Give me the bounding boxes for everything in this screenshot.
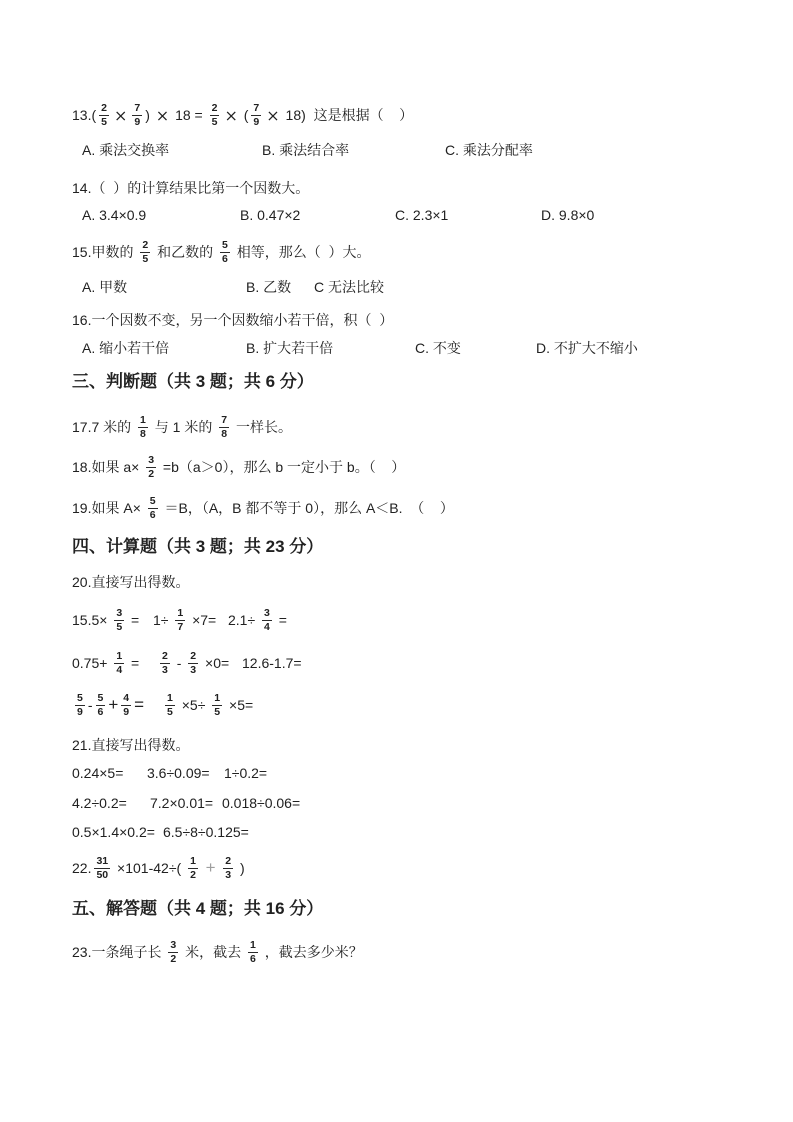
fraction-numerator: 1: [175, 608, 185, 621]
question-14: 14.（ ）的计算结果比第一个因数大。: [0, 178, 793, 198]
fraction-denominator: 4: [264, 621, 270, 633]
question-13-item-1: 13.(25×79) × 18 = 25× (79× 18) 这是根据（ ）: [72, 95, 413, 135]
question-14-options-item-2: B. 0.47×2: [240, 205, 300, 225]
text-run: 1÷: [153, 612, 172, 628]
text-run: 15.5×: [72, 612, 111, 628]
question-13-options-item-1: A. 乘法交换率: [82, 140, 169, 160]
text-run: 20.直接写出得数。: [72, 572, 189, 592]
section-heading-calc-item-1: 四、计算题（共 3 题；共 23 分）: [72, 531, 323, 557]
text-run: ×0=: [201, 655, 229, 671]
text-run: ×5=: [225, 697, 253, 713]
text-run: -: [88, 697, 93, 713]
text-run: =: [127, 655, 139, 671]
question-15-item-1: 15.甲数的 25 和乙数的 56 相等，那么（ ）大。: [72, 232, 371, 272]
fraction-numerator: 7: [251, 103, 261, 116]
question-19-item-1: 19.如果 A× 56 ＝B，（A，B 都不等于 0），那么 A＜B. （ ）: [72, 488, 454, 528]
question-22: 22.3150 ×101-42÷( 12 + 23 ): [0, 848, 793, 888]
text-run: B. 乙数: [246, 277, 291, 297]
section-heading-judge: 三、判断题（共 3 题；共 6 分）: [0, 366, 793, 392]
text-run: 14.（ ）的计算结果比第一个因数大。: [72, 178, 309, 198]
text-run: 和乙数的: [153, 242, 217, 262]
text-run: 23.一条绳子长: [72, 942, 165, 962]
text-run: 7.2×0.01=: [150, 795, 213, 811]
fraction-numerator: 4: [121, 693, 131, 706]
fraction-denominator: 3: [225, 869, 231, 881]
fraction-denominator: 9: [77, 706, 83, 718]
section-heading-solve-item-1: 五、解答题（共 4 题；共 16 分）: [72, 893, 323, 919]
text-run: ，截去多少米？: [261, 942, 363, 962]
fraction-denominator: 6: [222, 253, 228, 265]
question-22-item-1: 22.3150 ×101-42÷( 12 + 23 ): [72, 848, 245, 888]
section-heading-calc: 四、计算题（共 3 题；共 23 分）: [0, 531, 793, 557]
fraction-numerator: 5: [220, 240, 230, 253]
question-14-item-1: 14.（ ）的计算结果比第一个因数大。: [72, 178, 309, 198]
fraction-numerator: 2: [210, 103, 220, 116]
fraction: 25: [140, 240, 150, 265]
question-15-options-item-1: A. 甲数: [82, 277, 127, 297]
multiply-sign-icon: ×: [264, 106, 281, 125]
text-run: A. 缩小若干倍: [82, 338, 169, 358]
fraction-numerator: 3: [114, 608, 124, 621]
fraction-denominator: 5: [212, 116, 218, 128]
fraction-denominator: 9: [123, 706, 129, 718]
fraction-numerator: 3: [168, 940, 178, 953]
fraction-denominator: 8: [221, 428, 227, 440]
fraction-numerator: 2: [160, 651, 170, 664]
fraction-numerator: 1: [248, 940, 258, 953]
text-run: B. 扩大若干倍: [246, 338, 333, 358]
fraction: 32: [168, 940, 178, 965]
question-17-item-1: 17.7 米的 18 与 1 米的 78 一样长。: [72, 407, 292, 447]
text-run: (: [240, 107, 249, 123]
question-20-row-1-item-2: 1÷ 17 ×7=: [153, 600, 216, 640]
fraction-numerator: 5: [148, 496, 158, 509]
fraction: 56: [148, 496, 158, 521]
fraction: 79: [132, 103, 142, 128]
question-16-item-1: 16.一个因数不变，另一个因数缩小若干倍，积（ ）: [72, 310, 393, 330]
question-19: 19.如果 A× 56 ＝B，（A，B 都不等于 0），那么 A＜B. （ ）: [0, 488, 793, 528]
fraction: 3150: [94, 856, 110, 881]
fraction-numerator: 1: [188, 856, 198, 869]
text-run: 3.6÷0.09=: [147, 765, 210, 781]
text-run: 0.24×5=: [72, 765, 123, 781]
question-13-options-item-2: B. 乘法结合率: [262, 140, 349, 160]
fraction-denominator: 50: [96, 869, 108, 881]
text-run: 1÷0.2=: [224, 765, 267, 781]
text-run: ×7=: [188, 612, 216, 628]
fraction-denominator: 7: [177, 621, 183, 633]
fraction: 34: [262, 608, 272, 633]
fraction: 23: [188, 651, 198, 676]
text-run: ): [145, 107, 154, 123]
text-run: C. 不变: [415, 338, 461, 358]
text-run: 18 =: [171, 107, 206, 123]
question-21-row-1-item-3: 1÷0.2=: [224, 763, 267, 783]
fraction-denominator: 4: [116, 664, 122, 676]
question-21-row-3: 0.5×1.4×0.2=6.5÷8÷0.125=: [0, 822, 793, 842]
question-21-row-2: 4.2÷0.2=7.2×0.01=0.018÷0.06=: [0, 793, 793, 813]
fraction-denominator: 9: [253, 116, 259, 128]
text-run: -: [173, 655, 185, 671]
question-15-options: A. 甲数B. 乙数C 无法比较: [0, 277, 793, 297]
question-21: 21.直接写出得数。: [0, 735, 793, 755]
multiply-sign-icon: ×: [112, 106, 129, 125]
text-run: 22.: [72, 860, 91, 876]
fraction-numerator: 1: [114, 651, 124, 664]
fraction: 17: [175, 608, 185, 633]
fraction: 59: [75, 693, 85, 718]
fraction: 23: [160, 651, 170, 676]
fraction-denominator: 5: [116, 621, 122, 633]
question-13: 13.(25×79) × 18 = 25× (79× 18) 这是根据（ ）: [0, 95, 793, 135]
text-run: 0.75+: [72, 655, 111, 671]
fraction-denominator: 3: [162, 664, 168, 676]
fraction-numerator: 3: [146, 455, 156, 468]
text-run: C. 乘法分配率: [445, 140, 533, 160]
fraction-numerator: 7: [132, 103, 142, 116]
text-run: 0.5×1.4×0.2=: [72, 824, 155, 840]
question-17: 17.7 米的 18 与 1 米的 78 一样长。: [0, 407, 793, 447]
fraction-denominator: 5: [101, 116, 107, 128]
fraction-numerator: 2: [188, 651, 198, 664]
question-21-row-1: 0.24×5=3.6÷0.09=1÷0.2=: [0, 763, 793, 783]
text-run: D. 9.8×0: [541, 207, 594, 223]
question-16: 16.一个因数不变，另一个因数缩小若干倍，积（ ）: [0, 310, 793, 330]
fraction: 16: [248, 940, 258, 965]
fraction: 56: [220, 240, 230, 265]
text-run: 15.甲数的: [72, 242, 137, 262]
question-20-row-3-item-1: 59-56+49=: [72, 685, 144, 725]
fraction-denominator: 5: [167, 706, 173, 718]
text-run: 2.1÷: [228, 612, 259, 628]
question-20-row-1: 15.5× 35 =1÷ 17 ×7=2.1÷ 34 =: [0, 600, 793, 640]
fraction-denominator: 5: [214, 706, 220, 718]
text-run: 17.7 米的: [72, 417, 135, 437]
question-20-row-2: 0.75+ 14 =23 - 23 ×0=12.6-1.7=: [0, 643, 793, 683]
big-operator: +: [108, 695, 118, 715]
fraction: 56: [96, 693, 106, 718]
fraction-numerator: 5: [75, 693, 85, 706]
fraction-numerator: 31: [94, 856, 110, 869]
fraction-denominator: 6: [250, 953, 256, 965]
fraction-numerator: 3: [262, 608, 272, 621]
question-20-item-1: 20.直接写出得数。: [72, 572, 189, 592]
fraction: 18: [138, 415, 148, 440]
text-run: 21.直接写出得数。: [72, 735, 189, 755]
text-run: B. 0.47×2: [240, 207, 300, 223]
question-20-row-1-item-1: 15.5× 35 =: [72, 600, 139, 640]
exam-page: 13.(25×79) × 18 = 25× (79× 18) 这是根据（ ）A.…: [0, 0, 793, 1122]
text-run: 五、解答题（共 4 题；共 16 分）: [72, 894, 323, 919]
question-16-options: A. 缩小若干倍B. 扩大若干倍C. 不变D. 不扩大不缩小: [0, 338, 793, 358]
text-run: 一样长。: [232, 417, 292, 437]
question-21-row-3-item-2: 6.5÷8÷0.125=: [163, 822, 249, 842]
question-14-options: A. 3.4×0.9B. 0.47×2C. 2.3×1D. 9.8×0: [0, 205, 793, 225]
question-14-options-item-4: D. 9.8×0: [541, 205, 594, 225]
fraction-denominator: 9: [134, 116, 140, 128]
fraction-numerator: 1: [165, 693, 175, 706]
section-heading-judge-item-1: 三、判断题（共 3 题；共 6 分）: [72, 366, 314, 392]
text-run: C. 2.3×1: [395, 207, 448, 223]
text-run: 18) 这是根据（ ）: [282, 105, 413, 125]
fraction-numerator: 7: [219, 415, 229, 428]
text-run: 三、判断题（共 3 题；共 6 分）: [72, 367, 314, 392]
fraction: 23: [223, 856, 233, 881]
text-run: 13.(: [72, 107, 96, 123]
question-14-options-item-3: C. 2.3×1: [395, 205, 448, 225]
text-run: =b（a＞0），那么 b 一定小于 b。（ ）: [159, 457, 405, 477]
question-16-options-item-4: D. 不扩大不缩小: [536, 338, 638, 358]
text-run: ＝B，（A，B 都不等于 0），那么 A＜B. （ ）: [161, 498, 454, 518]
question-13-options: A. 乘法交换率B. 乘法结合率C. 乘法分配率: [0, 140, 793, 160]
fraction-denominator: 5: [142, 253, 148, 265]
text-run: 12.6-1.7=: [242, 655, 302, 671]
question-16-options-item-2: B. 扩大若干倍: [246, 338, 333, 358]
fraction-denominator: 2: [190, 869, 196, 881]
text-run: =: [127, 612, 139, 628]
question-15: 15.甲数的 25 和乙数的 56 相等，那么（ ）大。: [0, 232, 793, 272]
fraction-numerator: 1: [212, 693, 222, 706]
section-heading-solve: 五、解答题（共 4 题；共 16 分）: [0, 893, 793, 919]
question-20-row-3: 59-56+49=15 ×5÷ 15 ×5=: [0, 685, 793, 725]
question-16-options-item-1: A. 缩小若干倍: [82, 338, 169, 358]
question-15-options-item-3: C 无法比较: [314, 277, 384, 297]
question-21-row-2-item-2: 7.2×0.01=: [150, 793, 213, 813]
question-21-row-1-item-1: 0.24×5=: [72, 763, 123, 783]
question-21-row-1-item-2: 3.6÷0.09=: [147, 763, 210, 783]
question-16-options-item-3: C. 不变: [415, 338, 461, 358]
fraction-numerator: 1: [138, 415, 148, 428]
text-run: 4.2÷0.2=: [72, 795, 127, 811]
text-run: 米，截去: [181, 942, 245, 962]
text-run: ×101-42÷(: [113, 860, 185, 876]
fraction-denominator: 2: [170, 953, 176, 965]
question-20-row-2-item-3: 12.6-1.7=: [242, 643, 302, 683]
text-run: D. 不扩大不缩小: [536, 338, 638, 358]
text-run: A. 乘法交换率: [82, 140, 169, 160]
text-run: 与 1 米的: [151, 417, 216, 437]
question-20-row-2-item-2: 23 - 23 ×0=: [157, 643, 229, 683]
fraction-denominator: 6: [98, 706, 104, 718]
question-23-item-1: 23.一条绳子长 32 米，截去 16 ，截去多少米？: [72, 932, 363, 972]
fraction-denominator: 3: [190, 664, 196, 676]
question-21-item-1: 21.直接写出得数。: [72, 735, 189, 755]
question-20-row-3-item-2: 15 ×5÷ 15 ×5=: [162, 685, 253, 725]
fraction: 78: [219, 415, 229, 440]
fraction: 14: [114, 651, 124, 676]
fraction: 35: [114, 608, 124, 633]
question-21-row-2-item-3: 0.018÷0.06=: [222, 793, 300, 813]
multiply-sign-icon: ×: [154, 106, 171, 125]
question-20-row-1-item-3: 2.1÷ 34 =: [228, 600, 287, 640]
question-23: 23.一条绳子长 32 米，截去 16 ，截去多少米？: [0, 932, 793, 972]
question-15-options-item-2: B. 乙数: [246, 277, 291, 297]
fraction: 49: [121, 693, 131, 718]
fraction: 15: [165, 693, 175, 718]
text-run: C 无法比较: [314, 277, 384, 297]
fraction-numerator: 2: [140, 240, 150, 253]
fraction: 32: [146, 455, 156, 480]
text-run: 相等，那么（ ）大。: [233, 242, 371, 262]
plus-sign-gray: +: [201, 858, 220, 878]
question-18: 18.如果 a× 32 =b（a＞0），那么 b 一定小于 b。（ ）: [0, 447, 793, 487]
fraction: 12: [188, 856, 198, 881]
text-run: 四、计算题（共 3 题；共 23 分）: [72, 532, 323, 557]
text-run: A. 3.4×0.9: [82, 207, 146, 223]
fraction: 15: [212, 693, 222, 718]
text-run: A. 甲数: [82, 277, 127, 297]
question-13-options-item-3: C. 乘法分配率: [445, 140, 533, 160]
text-run: 18.如果 a×: [72, 457, 143, 477]
text-run: ×5÷: [178, 697, 209, 713]
fraction-denominator: 6: [150, 509, 156, 521]
fraction: 25: [99, 103, 109, 128]
fraction-denominator: 8: [140, 428, 146, 440]
fraction-numerator: 2: [99, 103, 109, 116]
text-run: =: [275, 612, 287, 628]
question-21-row-2-item-1: 4.2÷0.2=: [72, 793, 127, 813]
question-18-item-1: 18.如果 a× 32 =b（a＞0），那么 b 一定小于 b。（ ）: [72, 447, 405, 487]
fraction: 79: [251, 103, 261, 128]
text-run: 16.一个因数不变，另一个因数缩小若干倍，积（ ）: [72, 310, 393, 330]
text-run: 19.如果 A×: [72, 498, 145, 518]
big-operator: =: [134, 695, 144, 715]
text-run: 0.018÷0.06=: [222, 795, 300, 811]
multiply-sign-icon: ×: [222, 106, 239, 125]
fraction-denominator: 2: [148, 468, 154, 480]
question-14-options-item-1: A. 3.4×0.9: [82, 205, 146, 225]
text-run: B. 乘法结合率: [262, 140, 349, 160]
fraction-numerator: 5: [96, 693, 106, 706]
question-20: 20.直接写出得数。: [0, 572, 793, 592]
text-run: ): [236, 860, 245, 876]
fraction: 25: [210, 103, 220, 128]
text-run: 6.5÷8÷0.125=: [163, 824, 249, 840]
question-21-row-3-item-1: 0.5×1.4×0.2=: [72, 822, 155, 842]
question-20-row-2-item-1: 0.75+ 14 =: [72, 643, 139, 683]
fraction-numerator: 2: [223, 856, 233, 869]
